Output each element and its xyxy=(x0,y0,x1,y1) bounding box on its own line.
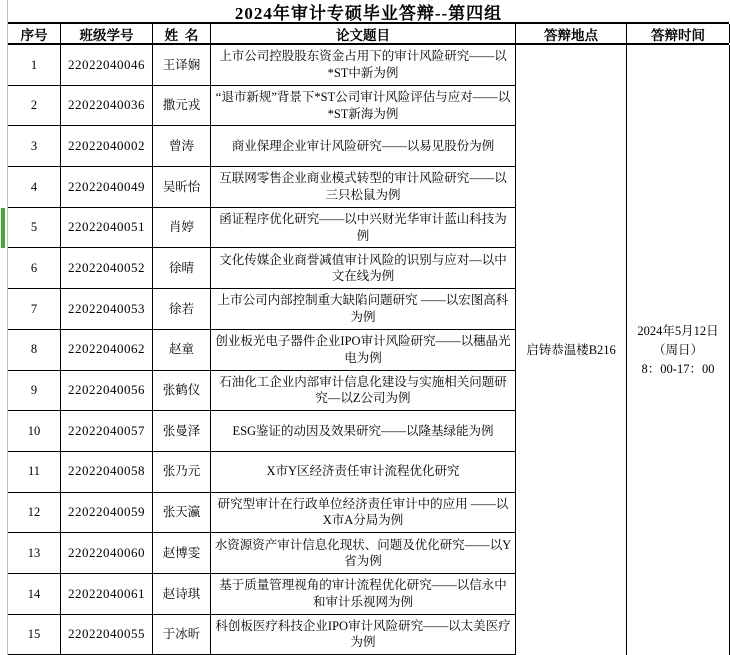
cell-name[interactable]: 张天瀛 xyxy=(153,493,211,533)
cell-name[interactable]: 撒元戎 xyxy=(153,86,211,126)
column-header-no[interactable]: 序号 xyxy=(8,24,61,43)
cell-id[interactable]: 22022040052 xyxy=(61,248,153,288)
cell-id[interactable]: 22022040051 xyxy=(61,208,153,248)
table-body: 122022040046王译娴上市公司控股股东资金占用下的审计风险研究——以*S… xyxy=(8,45,730,655)
cell-no[interactable]: 1 xyxy=(8,45,61,85)
defense-weekday: （周日） xyxy=(653,341,703,360)
cell-no[interactable]: 10 xyxy=(8,411,61,451)
defense-date: 2024年5月12日 xyxy=(637,322,718,341)
column-header-thesis[interactable]: 论文题目 xyxy=(211,24,516,43)
sheet-title[interactable]: 2024年审计专硕毕业答辩--第四组 xyxy=(8,0,729,22)
table-rows: 122022040046王译娴上市公司控股股东资金占用下的审计风险研究——以*S… xyxy=(8,45,516,655)
cell-no[interactable]: 3 xyxy=(8,126,61,166)
cell-thesis[interactable]: 上市公司内部控制重大缺陷问题研究 ——以宏图高科为例 xyxy=(211,289,516,329)
cell-thesis[interactable]: 上市公司控股股东资金占用下的审计风险研究——以*ST中新为例 xyxy=(211,45,516,85)
cell-thesis[interactable]: 函证程序优化研究——以中兴财光华审计蓝山科技为例 xyxy=(211,208,516,248)
cell-thesis[interactable]: 科创板医疗科技企业IPO审计风险研究——以太美医疗为例 xyxy=(211,615,516,655)
cell-no[interactable]: 8 xyxy=(8,330,61,370)
cell-no[interactable]: 6 xyxy=(8,248,61,288)
cell-name[interactable]: 张鹤仪 xyxy=(153,371,211,411)
cell-id[interactable]: 22022040053 xyxy=(61,289,153,329)
cell-id[interactable]: 22022040058 xyxy=(61,452,153,492)
cell-id[interactable]: 22022040059 xyxy=(61,493,153,533)
table-row: 222022040036撒元戎“退市新规”背景下*ST公司审计风险评估与应对——… xyxy=(8,86,516,127)
cell-thesis[interactable]: 商业保理企业审计风险研究——以易见股份为例 xyxy=(211,126,516,166)
table-row: 1122022040058张乃元X市Y区经济责任审计流程优化研究 xyxy=(8,452,516,493)
cell-thesis[interactable]: X市Y区经济责任审计流程优化研究 xyxy=(211,452,516,492)
cell-thesis[interactable]: 文化传媒企业商誉减值审计风险的识别与应对—以中文在线为例 xyxy=(211,248,516,288)
defense-location-cell[interactable]: 启铸恭温楼B216 xyxy=(516,45,627,655)
table-row: 822022040062赵童创业板光电子器件企业IPO审计风险研究——以穗晶光电… xyxy=(8,330,516,371)
table-header: 序号班级学号姓 名论文题目答辩地点答辩时间 xyxy=(8,22,729,45)
cell-name[interactable]: 赵博雯 xyxy=(153,533,211,573)
column-header-time[interactable]: 答辩时间 xyxy=(627,24,730,43)
defense-schedule-table: 2024年审计专硕毕业答辩--第四组 序号班级学号姓 名论文题目答辩地点答辩时间… xyxy=(7,0,729,655)
cell-id[interactable]: 22022040056 xyxy=(61,371,153,411)
cell-id[interactable]: 22022040062 xyxy=(61,330,153,370)
cell-id[interactable]: 22022040046 xyxy=(61,45,153,85)
table-row: 1022022040057张曼泽ESG鉴证的动因及效果研究——以隆基绿能为例 xyxy=(8,411,516,452)
cell-no[interactable]: 14 xyxy=(8,574,61,614)
table-row: 922022040056张鹤仪石油化工企业内部审计信息化建设与实施相关问题研究—… xyxy=(8,371,516,412)
cell-name[interactable]: 张乃元 xyxy=(153,452,211,492)
defense-time-cell[interactable]: 2024年5月12日 （周日） 8：00-17：00 xyxy=(627,45,730,655)
cell-no[interactable]: 12 xyxy=(8,493,61,533)
cell-id[interactable]: 22022040055 xyxy=(61,615,153,655)
cell-name[interactable]: 赵童 xyxy=(153,330,211,370)
table-row: 1322022040060赵博雯水资源资产审计信息化现状、问题及优化研究——以Y… xyxy=(8,533,516,574)
cell-id[interactable]: 22022040057 xyxy=(61,411,153,451)
cell-name[interactable]: 张曼泽 xyxy=(153,411,211,451)
table-row: 422022040049吴昕怡互联网零售企业商业模式转型的审计风险研究——以三只… xyxy=(8,167,516,208)
cell-name[interactable]: 曾涛 xyxy=(153,126,211,166)
cell-thesis[interactable]: “退市新规”背景下*ST公司审计风险评估与应对——以*ST新海为例 xyxy=(211,86,516,126)
table-row: 722022040053徐若上市公司内部控制重大缺陷问题研究 ——以宏图高科为例 xyxy=(8,289,516,330)
cell-no[interactable]: 2 xyxy=(8,86,61,126)
cell-no[interactable]: 4 xyxy=(8,167,61,207)
cell-name[interactable]: 王译娴 xyxy=(153,45,211,85)
cell-thesis[interactable]: 基于质量管理视角的审计流程优化研究——以信永中和审计乐视网为例 xyxy=(211,574,516,614)
cell-no[interactable]: 5 xyxy=(8,208,61,248)
table-row: 522022040051肖婷函证程序优化研究——以中兴财光华审计蓝山科技为例 xyxy=(8,208,516,249)
cell-thesis[interactable]: 水资源资产审计信息化现状、问题及优化研究——以Y省为例 xyxy=(211,533,516,573)
cell-id[interactable]: 22022040002 xyxy=(61,126,153,166)
table-row: 1422022040061赵诗琪基于质量管理视角的审计流程优化研究——以信永中和… xyxy=(8,574,516,615)
table-row: 1222022040059张天瀛研究型审计在行政单位经济责任审计中的应用 ——以… xyxy=(8,493,516,534)
cell-thesis[interactable]: ESG鉴证的动因及效果研究——以隆基绿能为例 xyxy=(211,411,516,451)
table-row: 1522022040055于冰昕科创板医疗科技企业IPO审计风险研究——以太美医… xyxy=(8,615,516,655)
cell-no[interactable]: 11 xyxy=(8,452,61,492)
row-selection-indicator xyxy=(1,208,5,249)
table-row: 622022040052徐晴文化传媒企业商誉减值审计风险的识别与应对—以中文在线… xyxy=(8,248,516,289)
cell-name[interactable]: 肖婷 xyxy=(153,208,211,248)
cell-no[interactable]: 15 xyxy=(8,615,61,655)
cell-name[interactable]: 于冰昕 xyxy=(153,615,211,655)
cell-id[interactable]: 22022040060 xyxy=(61,533,153,573)
cell-thesis[interactable]: 互联网零售企业商业模式转型的审计风险研究——以三只松鼠为例 xyxy=(211,167,516,207)
cell-id[interactable]: 22022040049 xyxy=(61,167,153,207)
cell-no[interactable]: 13 xyxy=(8,533,61,573)
column-header-id[interactable]: 班级学号 xyxy=(61,24,153,43)
cell-name[interactable]: 徐若 xyxy=(153,289,211,329)
cell-name[interactable]: 吴昕怡 xyxy=(153,167,211,207)
table-row: 322022040002曾涛商业保理企业审计风险研究——以易见股份为例 xyxy=(8,126,516,167)
cell-thesis[interactable]: 创业板光电子器件企业IPO审计风险研究——以穗晶光电为例 xyxy=(211,330,516,370)
cell-thesis[interactable]: 石油化工企业内部审计信息化建设与实施相关问题研究—以Z公司为例 xyxy=(211,371,516,411)
cell-name[interactable]: 徐晴 xyxy=(153,248,211,288)
column-header-name[interactable]: 姓 名 xyxy=(153,24,211,43)
cell-id[interactable]: 22022040061 xyxy=(61,574,153,614)
cell-name[interactable]: 赵诗琪 xyxy=(153,574,211,614)
cell-no[interactable]: 9 xyxy=(8,371,61,411)
cell-thesis[interactable]: 研究型审计在行政单位经济责任审计中的应用 ——以X市A分局为例 xyxy=(211,493,516,533)
column-header-location[interactable]: 答辩地点 xyxy=(516,24,627,43)
table-row: 122022040046王译娴上市公司控股股东资金占用下的审计风险研究——以*S… xyxy=(8,45,516,86)
defense-hours: 8：00-17：00 xyxy=(642,360,715,379)
spreadsheet: 2024年审计专硕毕业答辩--第四组 序号班级学号姓 名论文题目答辩地点答辩时间… xyxy=(0,0,730,655)
cell-id[interactable]: 22022040036 xyxy=(61,86,153,126)
cell-no[interactable]: 7 xyxy=(8,289,61,329)
